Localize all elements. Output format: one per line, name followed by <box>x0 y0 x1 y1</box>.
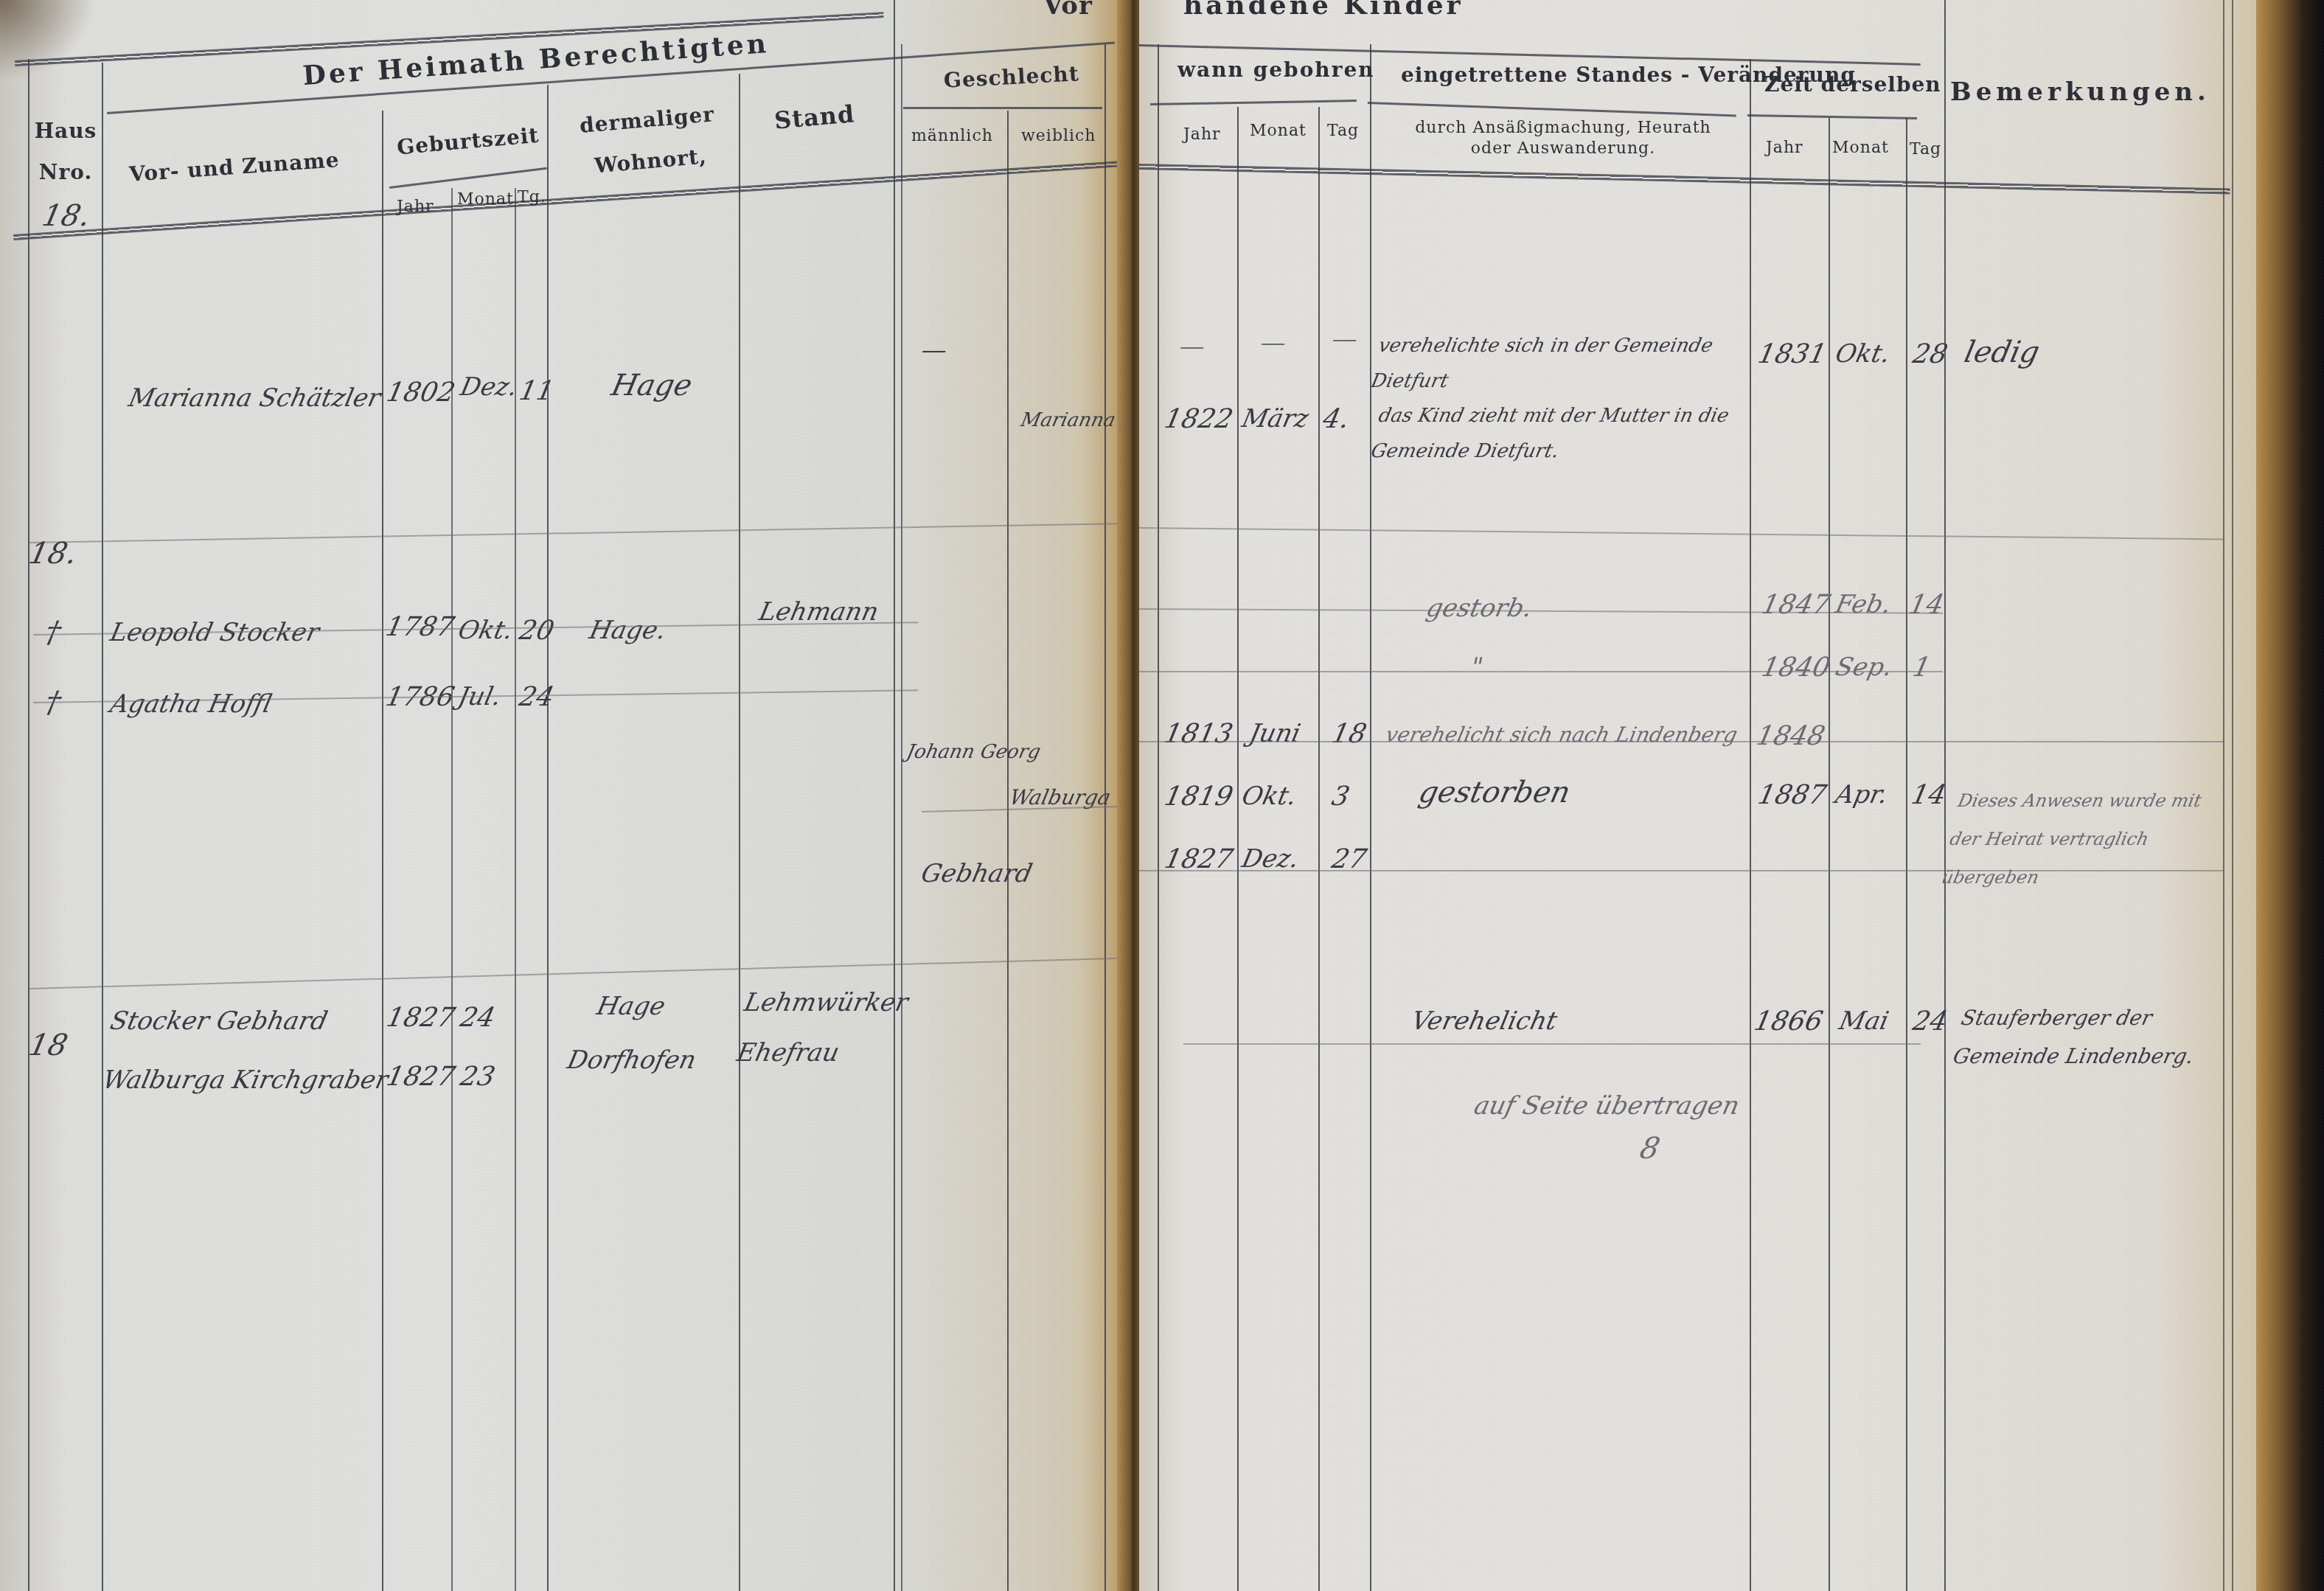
col-rule <box>1007 111 1009 1591</box>
col-rule <box>515 188 516 1591</box>
entry-birth-month: Okt. <box>1239 781 1299 811</box>
header-wann-gebohren: wann gebohren <box>1177 58 1375 82</box>
entry-name: Marianna Schätzler <box>126 383 383 413</box>
entry-female: Marianna <box>1019 409 1118 431</box>
entry-separator <box>1139 741 2223 742</box>
entry-birth-day: 18 <box>1329 719 1370 749</box>
entry-birth-day: 11 <box>517 376 557 406</box>
entry-birth-year: 1819 <box>1162 781 1236 812</box>
entry-separator <box>1139 870 2223 871</box>
header-z-jahr: Jahr <box>1766 139 1803 157</box>
entry-change-year: 1848 <box>1754 721 1828 751</box>
entry-male: Johann Georg <box>905 741 1043 763</box>
finger-shadow <box>0 0 96 81</box>
entry-birth-month: — <box>1258 328 1290 358</box>
right-page: handene Kinder wann gebohren Jahr Monat … <box>1139 0 2267 1591</box>
birth-sub-rule <box>1150 100 1357 105</box>
col-rule <box>1370 44 1371 1591</box>
time-sub-rule <box>1747 114 1917 119</box>
header-jahr: Jahr <box>1183 125 1221 144</box>
entry-change-month: Sep. <box>1833 652 1896 682</box>
header-standes-sub: durch Ansäßigmachung, Heurath oder Auswa… <box>1408 118 1718 159</box>
entry-residence: Dorfhofen <box>565 1045 699 1075</box>
spread-title-left: Vor <box>1043 0 1093 21</box>
entry-name: Agatha Hoffl <box>108 689 274 719</box>
entry-birth-month: Okt. <box>456 616 515 645</box>
entry-birth-year: 1802 <box>384 377 458 408</box>
entry-change-year: 1840 <box>1759 652 1833 683</box>
entry-birth-day: 20 <box>517 616 557 646</box>
entry-change-year: 1847 <box>1759 590 1833 620</box>
entry-change-day: 1 <box>1910 652 1934 683</box>
header-z-monat: Monat <box>1832 139 1889 157</box>
entry-status-change: " <box>1468 652 1486 682</box>
entry-status-change: verehelichte sich in der Gemeinde Dietfu… <box>1368 328 1751 399</box>
col-rule <box>901 44 902 1591</box>
entry-change-month: Apr. <box>1833 780 1890 810</box>
col-rule <box>1906 118 1907 1591</box>
left-page: Der Heimath Berechtigten Haus Nro. Vor- … <box>0 0 1124 1591</box>
header-zeit-derselben: Zeit derselben <box>1764 72 1941 97</box>
entry-male: — <box>919 335 950 365</box>
transfer-page-number: 8 <box>1637 1132 1663 1166</box>
col-rule <box>739 74 740 1591</box>
entry-name: Stocker Gebhard <box>108 1006 330 1036</box>
book-edge <box>2256 0 2324 1591</box>
entry-birth-month: Juni <box>1247 719 1304 748</box>
entry-birth-year: 1813 <box>1162 719 1236 749</box>
entry-birth-day: 4. <box>1321 404 1352 434</box>
header-maennlich: männlich <box>911 127 993 145</box>
entry-separator <box>1139 527 2223 540</box>
entry-change-year: 1866 <box>1752 1006 1826 1037</box>
header-tag: Tag <box>1327 122 1359 140</box>
entry-birth-year: 1787 <box>383 612 457 642</box>
entry-birth-month: März <box>1239 404 1312 434</box>
entry-change-day: 28 <box>1910 339 1951 369</box>
entry-separator <box>29 523 1121 543</box>
col-rule <box>1237 107 1239 1591</box>
col-rule <box>894 0 895 1591</box>
header-geb-tag: Tg. <box>518 188 546 206</box>
entry-status-change: verehelicht sich nach Lindenberg <box>1383 723 1739 747</box>
entry-birth-month: 23 <box>458 1062 498 1092</box>
entry-status: Ehefrau <box>734 1038 842 1068</box>
entry-birth-month: 24 <box>458 1003 498 1033</box>
change-sub-rule <box>1368 102 1736 116</box>
entry-residence: Hage <box>608 369 695 403</box>
entry-birth-day: 3 <box>1329 781 1353 812</box>
header-geschlecht: Geschlecht <box>943 61 1079 93</box>
col-rule <box>1104 44 1106 1591</box>
entry-residence: Hage. <box>587 616 669 645</box>
col-rule <box>1158 44 1159 1591</box>
entry-separator <box>1139 671 1943 672</box>
header-name: Vor- und Zuname <box>128 147 340 187</box>
header-bemerkungen: Bemerkungen. <box>1950 77 2210 107</box>
header-geb-monat: Monat <box>457 190 514 209</box>
header-geburtszeit: Geburtszeit <box>396 123 540 160</box>
entry-birth-day: 24 <box>517 682 557 712</box>
entry-separator <box>1183 1043 1921 1045</box>
entry-birth-year: 1822 <box>1162 404 1236 434</box>
transfer-note: auf Seite übertragen <box>1472 1091 1742 1121</box>
entry-residence: Hage <box>594 992 668 1021</box>
entry-change-day: 24 <box>1910 1006 1951 1037</box>
entry-haus-number: 18 <box>26 1028 71 1062</box>
header-haus-number: 18. <box>39 199 93 233</box>
col-rule <box>2232 0 2233 1591</box>
entry-remark: Dieses Anwesen wurde mit der Heirat vert… <box>1938 781 2227 897</box>
entry-status-change: Verehelicht <box>1409 1006 1560 1036</box>
geburtszeit-sub-rule <box>389 167 547 189</box>
entry-male: Gebhard <box>919 859 1035 888</box>
entry-change-month: Mai <box>1837 1006 1891 1036</box>
col-rule <box>547 85 549 1591</box>
register-spread: Der Heimath Berechtigten Haus Nro. Vor- … <box>0 0 2324 1591</box>
col-rule <box>102 63 103 1591</box>
entry-change-month: Feb. <box>1833 590 1894 619</box>
col-rule <box>1750 59 1751 1591</box>
entry-change-day: 14 <box>1907 590 1947 620</box>
geschlecht-sub-rule <box>903 107 1102 109</box>
col-rule <box>28 59 29 1591</box>
entry-status-change: gestorb. <box>1424 593 1535 623</box>
entry-change-month: Okt. <box>1833 339 1893 369</box>
entry-death-mark: † <box>42 616 64 650</box>
entry-status-change: das Kind zieht mit der Mutter in die Gem… <box>1368 398 1751 469</box>
spread-title-right: handene Kinder <box>1183 0 1464 21</box>
header-stand: Stand <box>773 100 856 134</box>
entry-change-day: 14 <box>1909 780 1949 810</box>
entry-status-change: gestorben <box>1416 776 1573 810</box>
entry-birth-month: Dez. <box>1239 844 1302 874</box>
entry-birth-month: Dez. <box>458 372 521 402</box>
entry-birth-year: 1827 <box>384 1003 458 1033</box>
entry-change-year: 1887 <box>1756 780 1829 810</box>
header-bottom-rule <box>1139 164 2230 195</box>
entry-haus-number: 18. <box>26 537 80 571</box>
header-z-tag: Tag <box>1910 140 1941 159</box>
entry-name: Walburga Kirchgraber <box>100 1065 391 1095</box>
header-geb-jahr: Jahr <box>397 198 434 216</box>
entry-change-year: 1831 <box>1756 339 1829 369</box>
entry-remark: Stauferberger der Gemeinde Lindenberg. <box>1949 999 2231 1076</box>
header-weiblich: weiblich <box>1021 127 1096 145</box>
entry-remark: ledig <box>1961 335 2042 369</box>
header-monat: Monat <box>1250 122 1307 140</box>
entry-separator <box>29 958 1120 989</box>
col-rule <box>1318 107 1320 1591</box>
col-rule <box>382 111 383 1591</box>
header-haus-nro: Haus Nro. <box>32 111 99 193</box>
entry-birth-day: — <box>1329 324 1361 354</box>
entry-birth-year: 1827 <box>384 1062 458 1092</box>
entry-birth-year: — <box>1177 332 1208 361</box>
entry-status: Lehmwürker <box>742 988 911 1017</box>
header-wohnort: dermaliger Wohnort, <box>571 93 726 188</box>
